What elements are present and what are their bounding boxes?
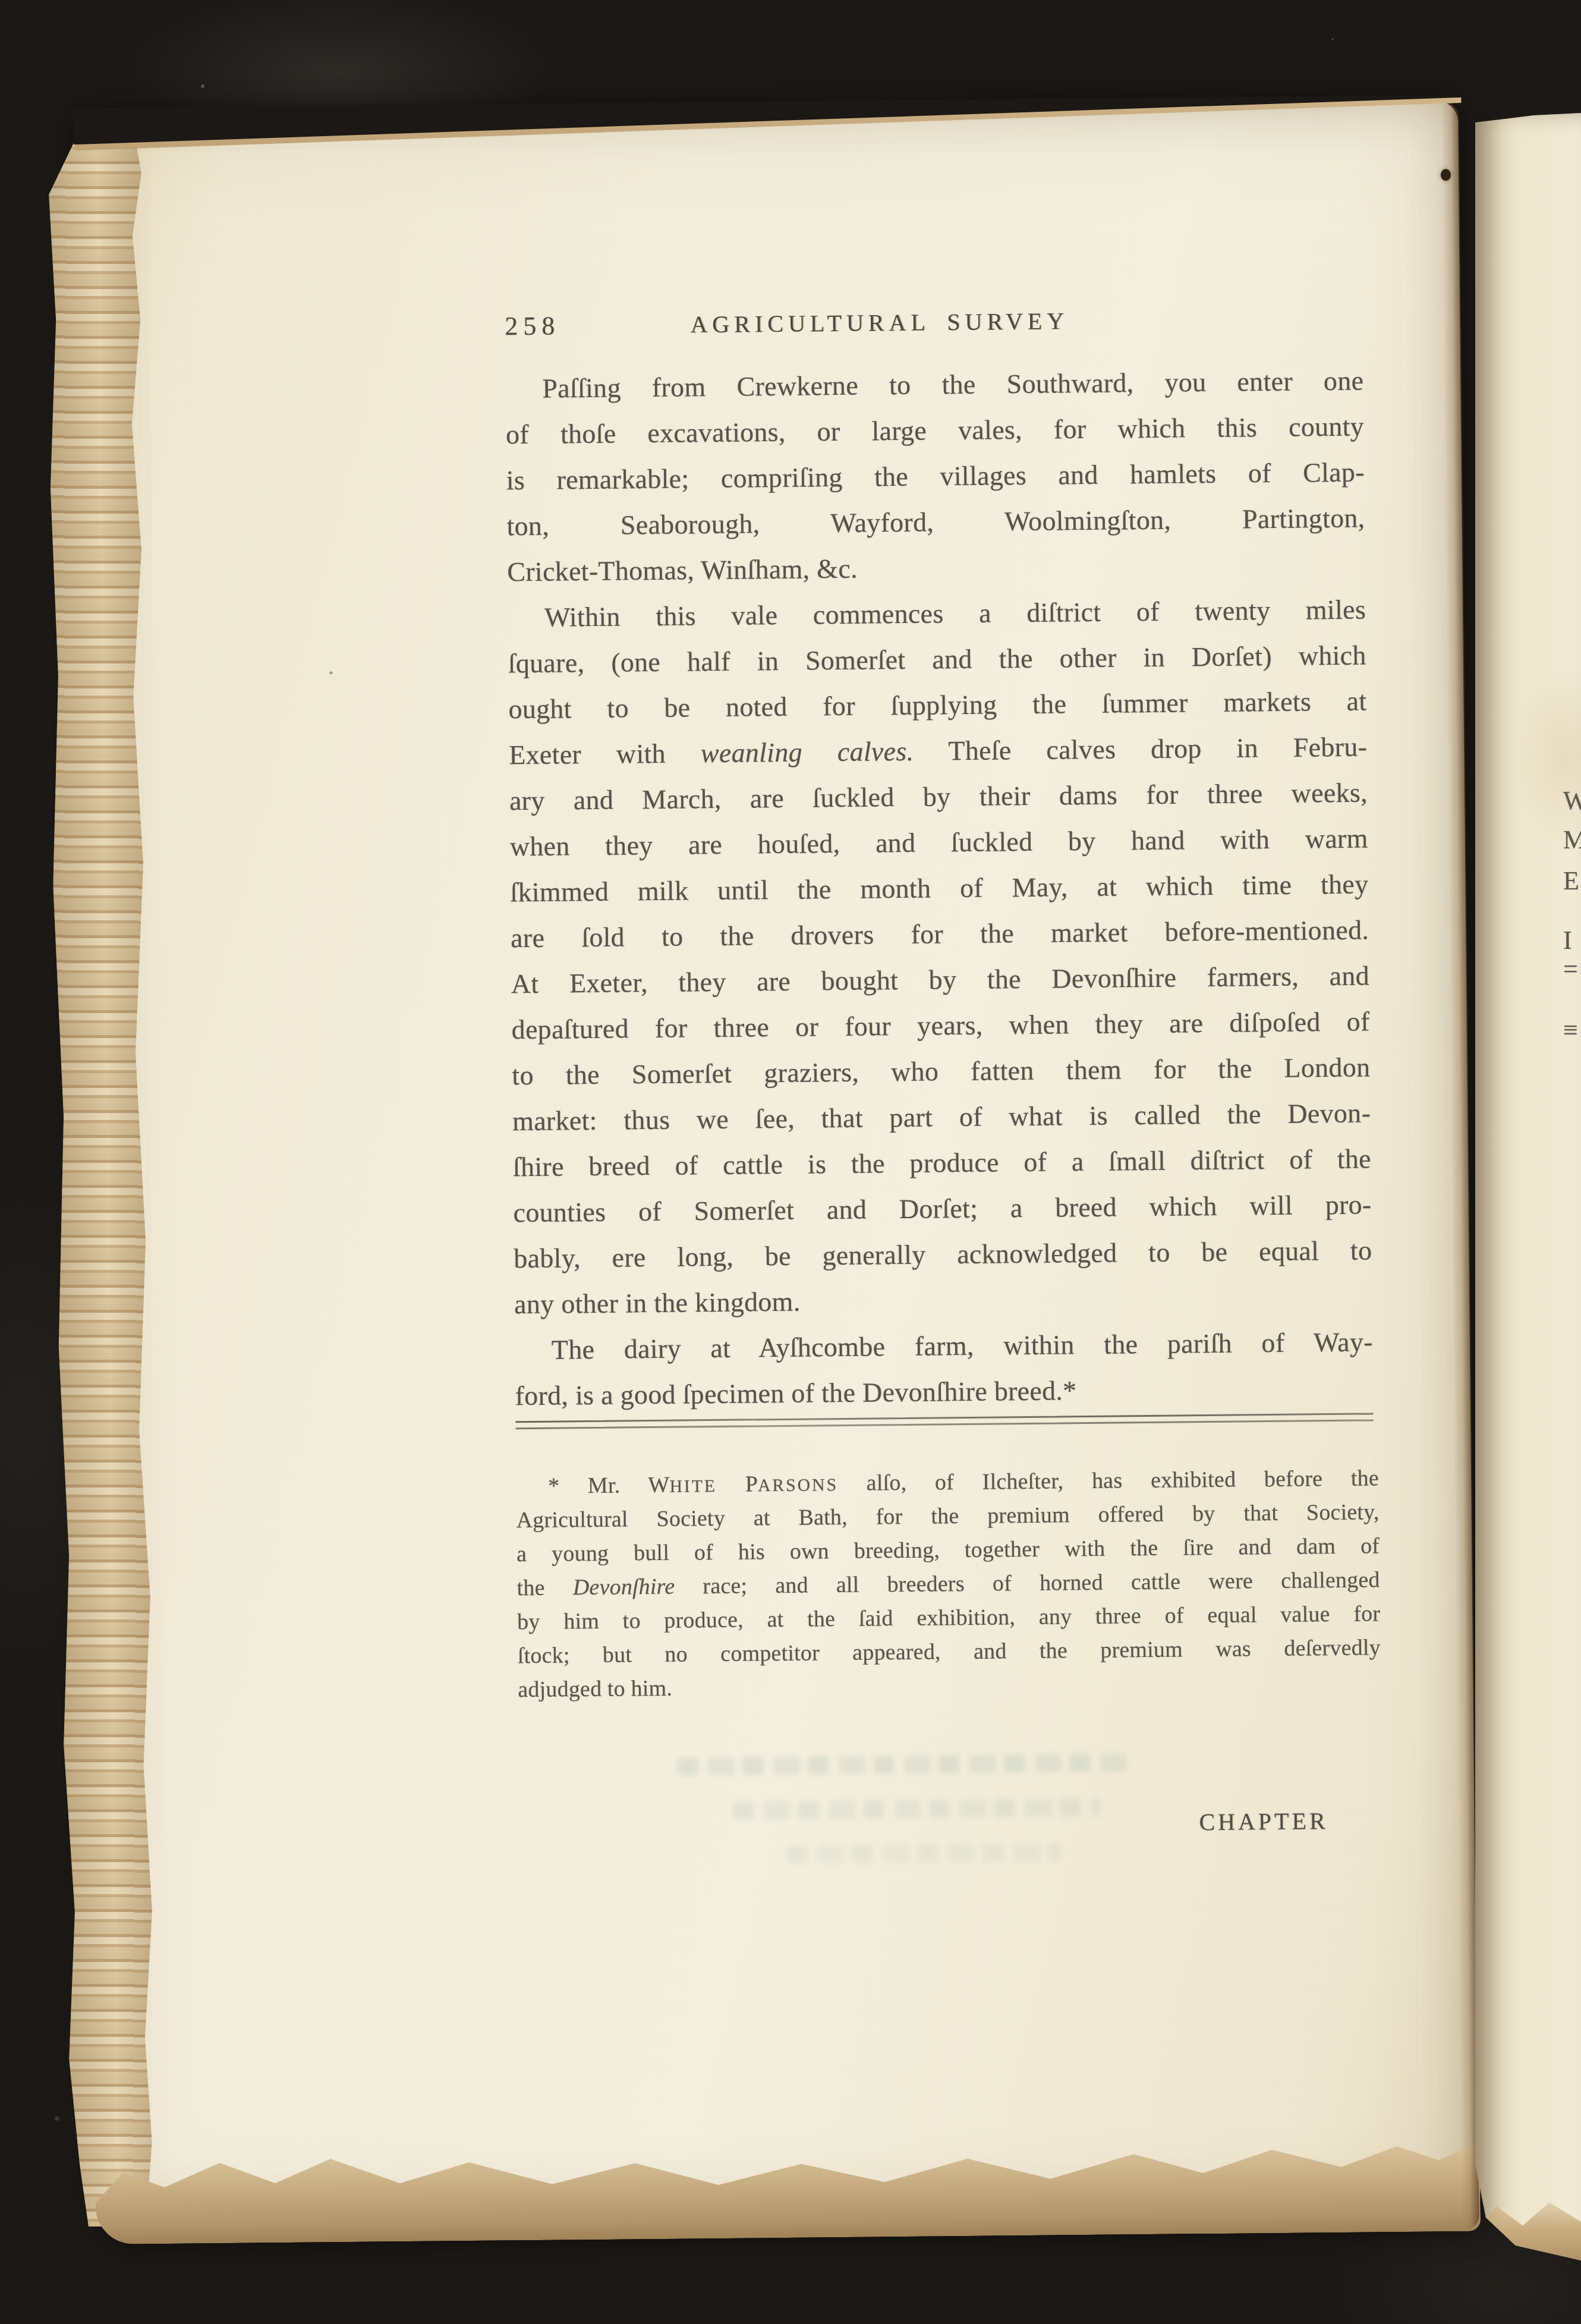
- text-segment: Devonſhire: [573, 1574, 675, 1600]
- text-segment: bably, ere long, be generally acknowledg…: [514, 1235, 1372, 1273]
- text-segment: ford, is a good ſpecimen of the Devonſhi…: [515, 1375, 1076, 1411]
- page-right-crease: [1441, 100, 1479, 2229]
- page-deckle-edge-bottom: [95, 2118, 1481, 2244]
- bleedthrough-text-ghost: [677, 1753, 1135, 1775]
- text-line: ford, is a good ſpecimen of the Devonſhi…: [515, 1364, 1374, 1419]
- text-segment: Theſe calves drop in Febru-: [914, 731, 1367, 766]
- footnote-block: * Mr. WHITE PARSONS alſo, of Ilcheſter, …: [516, 1461, 1381, 1707]
- text-segment: ton, Seaborough, Wayford, Woolmingſton, …: [506, 502, 1365, 541]
- text-line: are ſold to the drovers for the market b…: [511, 907, 1369, 961]
- text-segment: P: [717, 1471, 758, 1497]
- facing-page-edge-glyph: E: [1563, 866, 1581, 896]
- page-number: 258: [505, 310, 560, 341]
- text-segment: adjudged to him.: [518, 1676, 672, 1702]
- text-line: ought to be noted for ſupplying the ſumm…: [508, 678, 1367, 732]
- facing-page-sliver: WMEI=≡: [1475, 113, 1581, 2260]
- text-line: of thoſe excavations, or large vales, fo…: [506, 403, 1365, 457]
- text-line: ſhire breed of cattle is the produce of …: [513, 1136, 1372, 1190]
- text-segment: Paſſing from Crewkerne to the Southward,…: [542, 365, 1363, 403]
- facing-page-edge-glyph: ≡: [1563, 1015, 1581, 1045]
- text-segment: ought to be noted for ſupplying the ſumm…: [508, 685, 1366, 724]
- text-segment: market: thus we ſee, that part of what i…: [512, 1097, 1371, 1136]
- text-segment: depaſtured for three or four years, when…: [511, 1006, 1369, 1045]
- text-segment: ſkimmed milk until the month of May, at …: [510, 869, 1368, 907]
- text-segment: ſhire breed of cattle is the produce of …: [513, 1143, 1371, 1182]
- dust-speck: [1331, 38, 1334, 40]
- text-segment: weanling calves.: [701, 736, 914, 768]
- photograph-background: 258 AGRICULTURAL SURVEY Paſſing from Cre…: [0, 0, 1581, 2324]
- text-segment: ary and March, are ſuckled by their dams…: [509, 777, 1368, 816]
- text-line: bably, ere long, be generally acknowledg…: [514, 1227, 1372, 1281]
- text-segment: any other in the kingdom.: [514, 1287, 801, 1320]
- text-segment: race; and all breeders of horned cattle …: [675, 1567, 1380, 1599]
- text-line: Exeter with weanling calves. Theſe calve…: [509, 724, 1368, 778]
- text-segment: Cricket-Thomas, Winſham, &c.: [507, 554, 858, 587]
- text-segment: Exeter with: [509, 738, 701, 770]
- text-line: counties of Somerſet and Dorſet; a breed…: [513, 1181, 1372, 1235]
- text-segment: to the Somerſet graziers, who fatten the…: [512, 1052, 1370, 1090]
- text-segment: a young bull of his own breeding, togeth…: [516, 1533, 1380, 1567]
- text-segment: Agricultural Society at Bath, for the pr…: [516, 1499, 1379, 1533]
- text-segment: by him to produce, at the ſaid exhibitio…: [517, 1601, 1380, 1634]
- text-line: any other in the kingdom.: [514, 1273, 1373, 1327]
- facing-page-edge-glyph: =: [1563, 954, 1581, 984]
- text-segment: ſquare, (one half in Somerſet and the ot…: [508, 640, 1366, 678]
- text-segment: HITE: [669, 1477, 717, 1496]
- text-segment: counties of Somerſet and Dorſet; a breed…: [513, 1189, 1371, 1228]
- text-segment: * Mr. W: [548, 1473, 670, 1499]
- text-line: ſquare, (one half in Somerſet and the ot…: [508, 632, 1366, 686]
- wormhole-speck: [1441, 169, 1451, 181]
- bleedthrough-text-ghost: [733, 1798, 1101, 1820]
- facing-page-edge-glyph: I: [1563, 925, 1581, 955]
- catchword: CHAPTER: [1199, 1807, 1328, 1836]
- text-line: depaſtured for three or four years, when…: [511, 998, 1370, 1052]
- dust-speck: [55, 2117, 59, 2121]
- body-text-block: Paſſing from Crewkerne to the Southward,…: [505, 357, 1374, 1419]
- running-title: AGRICULTURAL SURVEY: [690, 307, 1069, 338]
- text-segment: ſtock; but no competitor appeared, and t…: [518, 1635, 1381, 1668]
- facing-page-edge-glyph: W: [1563, 785, 1581, 816]
- text-segment: The dairy at Ayſhcombe farm, within the …: [552, 1326, 1373, 1364]
- text-line: market: thus we ſee, that part of what i…: [512, 1090, 1371, 1144]
- text-line: ary and March, are ſuckled by their dams…: [509, 769, 1368, 823]
- page-stack-edge-left: [45, 131, 161, 2226]
- text-segment: ARSONS: [758, 1476, 838, 1495]
- text-line: The dairy at Ayſhcombe farm, within the …: [514, 1319, 1373, 1373]
- text-segment: are ſold to the drovers for the market b…: [511, 914, 1369, 953]
- text-segment: alſo, of Ilcheſter, has exhibited before…: [838, 1466, 1379, 1496]
- ink-speck: [329, 671, 333, 674]
- text-segment: of thoſe excavations, or large vales, fo…: [506, 411, 1364, 449]
- text-line: when they are houſed, and ſuckled by han…: [509, 815, 1368, 869]
- text-line: Cricket-Thomas, Winſham, &c.: [507, 540, 1366, 595]
- text-segment: is remarkable; compriſing the villages a…: [506, 457, 1365, 495]
- text-segment: when they are houſed, and ſuckled by han…: [509, 823, 1368, 861]
- text-line: ton, Seaborough, Wayford, Woolmingſton, …: [506, 495, 1365, 549]
- text-line: Within this vale commences a diſtrict of…: [508, 586, 1366, 640]
- text-segment: Within this vale commences a diſtrict of…: [544, 594, 1366, 632]
- text-segment: At Exeter, they are bought by the Devonſ…: [511, 960, 1369, 999]
- text-line: ſkimmed milk until the month of May, at …: [510, 861, 1369, 915]
- bleedthrough-text-ghost: [787, 1843, 1060, 1863]
- text-line: is remarkable; compriſing the villages a…: [506, 449, 1365, 503]
- text-line: Paſſing from Crewkerne to the Southward,…: [505, 357, 1364, 411]
- page-header: 258 AGRICULTURAL SURVEY: [505, 303, 1363, 347]
- dust-speck: [201, 84, 204, 88]
- facing-page-edge-glyph: M: [1563, 825, 1581, 855]
- text-line: At Exeter, they are bought by the Devonſ…: [511, 952, 1370, 1007]
- text-line: to the Somerſet graziers, who fatten the…: [512, 1044, 1371, 1098]
- book-page: 258 AGRICULTURAL SURVEY Paſſing from Cre…: [78, 100, 1478, 2242]
- text-segment: the: [517, 1575, 574, 1600]
